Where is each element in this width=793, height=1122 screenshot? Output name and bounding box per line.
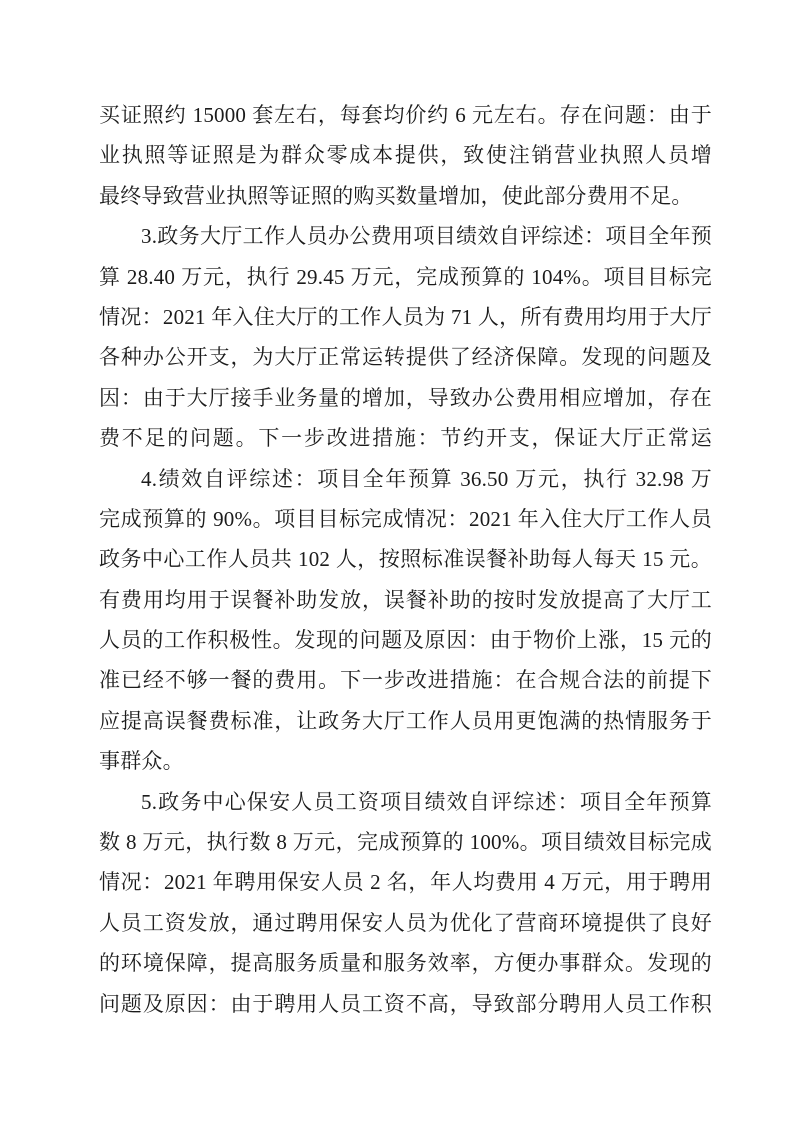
text-line: 人员的工作积极性。发现的问题及原因：由于物价上涨，15 元的标 bbox=[99, 620, 712, 660]
text-line: 买证照约 15000 套左右，每套均价约 6 元左右。存在问题：由于营 bbox=[99, 95, 712, 135]
document-page: 买证照约 15000 套左右，每套均价约 6 元左右。存在问题：由于营 业执照等… bbox=[0, 0, 793, 1122]
text-line: 准已经不够一餐的费用。下一步改进措施：在合规合法的前提下相 bbox=[99, 660, 712, 700]
text-line: 最终导致营业执照等证照的购买数量增加，使此部分费用不足。 bbox=[99, 176, 712, 216]
text-line: 4.绩效自评综述：项目全年预算 36.50 万元，执行 32.98 万元， bbox=[99, 459, 712, 499]
text-line: 人员工资发放，通过聘用保安人员为优化了营商环境提供了良好 bbox=[99, 903, 712, 943]
text-line: 5.政务中心保安人员工资项目绩效自评综述：项目全年预算 bbox=[99, 782, 712, 822]
text-line: 有费用均用于误餐补助发放，误餐补助的按时发放提高了大厅工作 bbox=[99, 580, 712, 620]
text-line: 各种办公开支，为大厅正常运转提供了经济保障。发现的问题及原 bbox=[99, 337, 712, 377]
text-line: 费不足的问题。下一步改进措施：节约开支，保证大厅正常运转。 bbox=[99, 418, 712, 458]
text-line: 情况：2021 年入住大厅的工作人员为 71 人，所有费用均用于大厅 bbox=[99, 297, 712, 337]
body-text-block: 买证照约 15000 套左右，每套均价约 6 元左右。存在问题：由于营 业执照等… bbox=[99, 95, 712, 1024]
text-line: 政务中心工作人员共 102 人，按照标准误餐补助每人每天 15 元。所 bbox=[99, 539, 712, 579]
text-line: 数 8 万元，执行数 8 万元，完成预算的 100%。项目绩效目标完成 bbox=[99, 822, 712, 862]
text-line: 问题及原因：由于聘用人员工资不高，导致部分聘用人员工作积 bbox=[99, 984, 712, 1024]
text-line: 业执照等证照是为群众零成本提供，致使注销营业执照人员增加， bbox=[99, 135, 712, 175]
text-line: 算 28.40 万元，执行 29.45 万元，完成预算的 104%。项目目标完成 bbox=[99, 257, 712, 297]
text-line: 完成预算的 90%。项目目标完成情况：2021 年入住大厅工作人员及 bbox=[99, 499, 712, 539]
text-line: 的环境保障，提高服务质量和服务效率，方便办事群众。发现的 bbox=[99, 943, 712, 983]
text-line: 因：由于大厅接手业务量的增加，导致办公费用相应增加，存在经 bbox=[99, 378, 712, 418]
text-line: 事群众。 bbox=[99, 741, 712, 781]
text-line: 3.政务大厅工作人员办公费用项目绩效自评综述：项目全年预 bbox=[99, 216, 712, 256]
text-line: 应提高误餐费标准，让政务大厅工作人员用更饱满的热情服务于办 bbox=[99, 701, 712, 741]
text-line: 情况：2021 年聘用保安人员 2 名，年人均费用 4 万元，用于聘用 bbox=[99, 862, 712, 902]
